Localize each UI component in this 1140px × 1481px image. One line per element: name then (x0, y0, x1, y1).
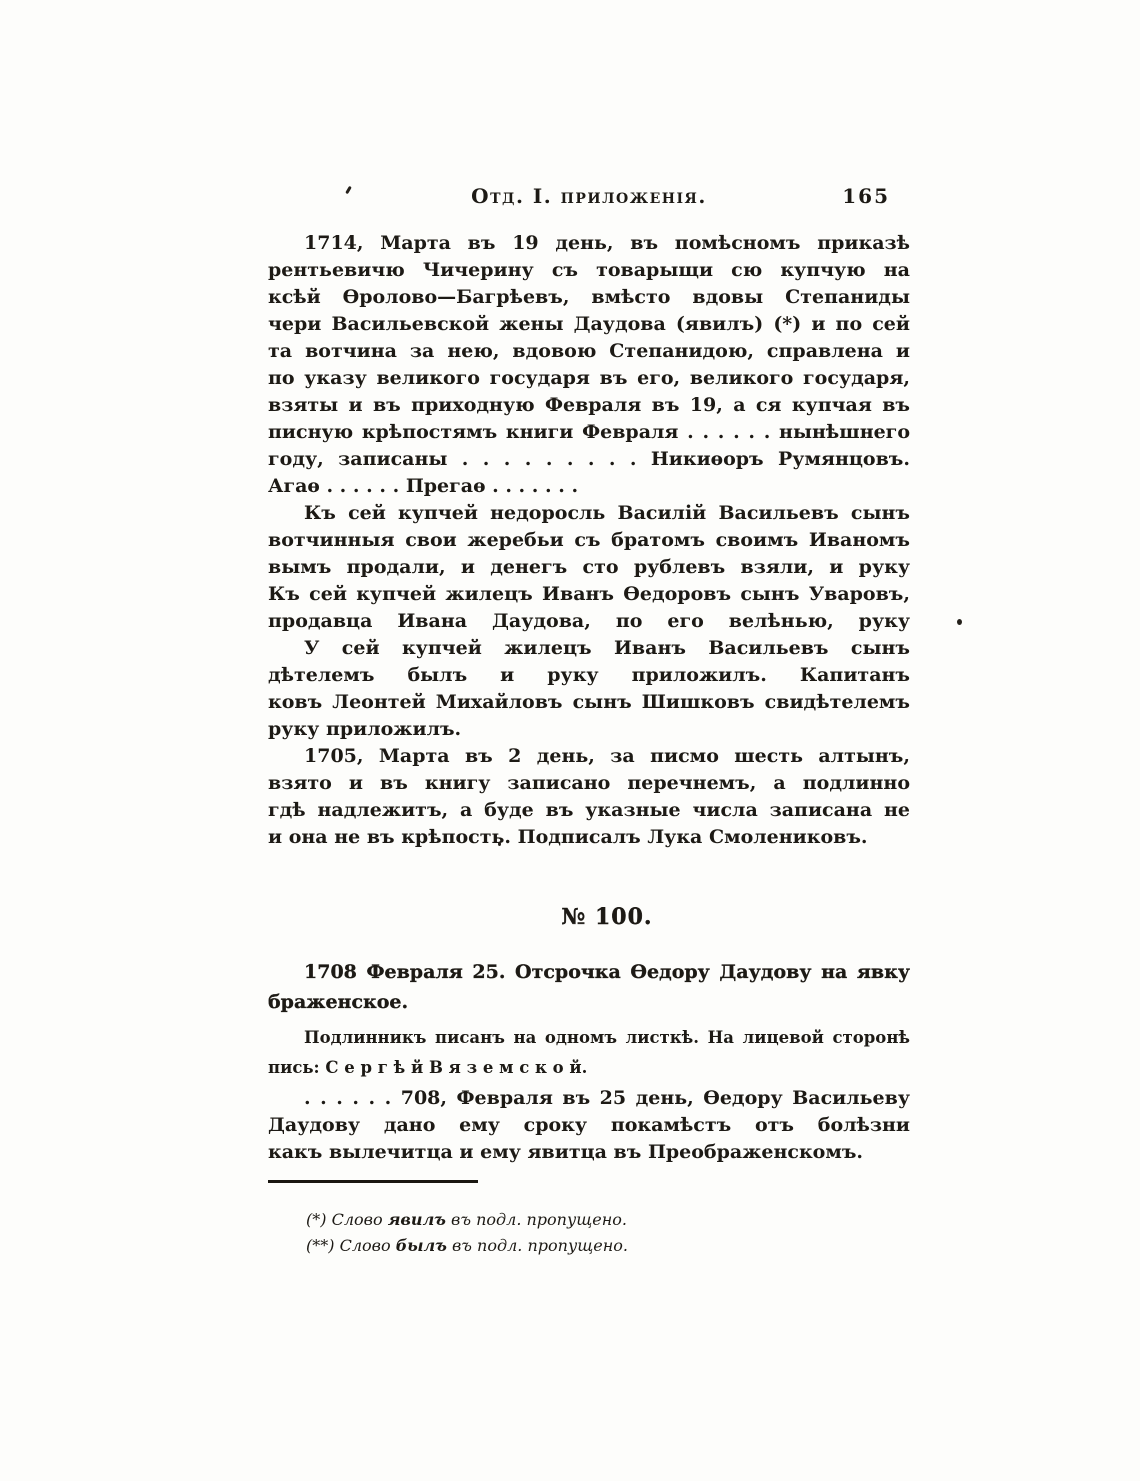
running-title: Отд. I. приложенія. (268, 184, 910, 208)
footnote-keyword: явилъ (388, 1210, 446, 1229)
footnote-2: (**) Слово былъ въ подл. пропущено. (306, 1233, 910, 1259)
text-line: какъ вылечитца и ему явитца въ Преображе… (268, 1139, 910, 1166)
text-line: дѣтелемъ былъ и руку приложилъ. Капитанъ… (268, 662, 910, 689)
footnote-text: Слово (340, 1236, 391, 1255)
entry-number: № 100. (268, 901, 910, 933)
text-line: вымъ продали, и денегъ сто рублевъ взяли… (268, 554, 910, 581)
footnote-text: въ подл. пропущено. (451, 1210, 627, 1229)
text-line: 1708 Февраля 25. Отсрочка Ѳедору Даудову… (268, 957, 910, 987)
text-line: Агаѳ . . . . . . Прегаѳ . . . . . . . (268, 473, 910, 500)
entry-100-note: Подлинникъ писанъ на одномъ листкѣ. На л… (268, 1023, 910, 1083)
footnote-1: (*) Слово явилъ въ подл. пропущено. (306, 1207, 910, 1233)
scan-speck (957, 619, 962, 625)
text-line: по указу великого государя въ его, велик… (268, 365, 910, 392)
page-header: Отд. I. приложенія. 165 (268, 184, 910, 210)
text-line: Подлинникъ писанъ на одномъ листкѣ. На л… (268, 1023, 910, 1053)
text-block: 1714, Марта въ 19 день, въ помѣсномъ при… (268, 230, 910, 1166)
footnote-marker: (**) (306, 1236, 334, 1255)
text-line: рентьевичю Чичерину съ товарыщи сю купчу… (268, 257, 910, 284)
text-line: взято и въ книгу записано перечнемъ, а п… (268, 770, 910, 797)
text-line: руку приложилъ. (268, 716, 910, 743)
text-line: 1714, Марта въ 19 день, въ помѣсномъ при… (268, 230, 910, 257)
text-line: Даудову дано ему сроку покамѣстъ отъ бол… (268, 1112, 910, 1139)
text-line: браженское. (268, 987, 910, 1017)
text-line: № 100. (268, 901, 910, 933)
footnote-text: Слово (332, 1210, 383, 1229)
footnote-separator (268, 1180, 478, 1183)
text-line: году, записаны . . . . . . . . . Никиѳор… (268, 446, 910, 473)
text-line: Къ сей купчей недоросль Василій Васильев… (268, 500, 910, 527)
text-line: вотчинныя свои жеребьи съ братомъ своимъ… (268, 527, 910, 554)
footnotes: (*) Слово явилъ въ подл. пропущено. (**)… (306, 1207, 910, 1259)
text-line: ковъ Леонтей Михайловъ сынъ Шишковъ свид… (268, 689, 910, 716)
footnote-keyword: былъ (396, 1236, 447, 1255)
text-line: 1705, Марта въ 2 день, за писмо шесть ал… (268, 743, 910, 770)
footnote-text: въ подл. пропущено. (452, 1236, 628, 1255)
text-line: та вотчина за нею, вдовою Степанидою, сп… (268, 338, 910, 365)
entry-99-body-1: 1714, Марта въ 19 день, въ помѣсномъ при… (268, 230, 910, 500)
entry-100-body: . . . . . . 708, Февраля въ 25 день, Ѳед… (268, 1085, 910, 1166)
text-line: ксѣй Ѳролово—Багрѣевъ, вмѣсто вдовы Степ… (268, 284, 910, 311)
entry-99-body-4: 1705, Марта въ 2 день, за писмо шесть ал… (268, 743, 910, 851)
scanned-page: Отд. I. приложенія. 165 1714, Марта въ 1… (0, 0, 1140, 1481)
text-line: продавца Ивана Даудова, по его велѣнью, … (268, 608, 910, 635)
text-line: пись: С е р г ѣ й В я з е м с к о й. (268, 1053, 910, 1083)
entry-100-heading: 1708 Февраля 25. Отсрочка Ѳедору Даудову… (268, 957, 910, 1017)
text-line: взяты и въ приходную Февраля въ 19, а ся… (268, 392, 910, 419)
text-line: У сей купчей жилецъ Иванъ Васильевъ сынъ… (268, 635, 910, 662)
footnote-marker: (*) (306, 1210, 326, 1229)
text-line: писную крѣпостямъ книги Февраля . . . . … (268, 419, 910, 446)
entry-99-body-2: Къ сей купчей недоросль Василій Васильев… (268, 500, 910, 635)
text-line: гдѣ надлежитъ, а буде въ указные числа з… (268, 797, 910, 824)
text-line: Къ сей купчей жилецъ Иванъ Ѳедоровъ сынъ… (268, 581, 910, 608)
scan-speck (498, 842, 501, 846)
text-line: . . . . . . 708, Февраля въ 25 день, Ѳед… (268, 1085, 910, 1112)
page-number: 165 (842, 184, 890, 208)
text-line: и она не въ крѣпость. Подписалъ Лука Смо… (268, 824, 910, 851)
text-line: чери Васильевской жены Даудова (явилъ) (… (268, 311, 910, 338)
text-column: Отд. I. приложенія. 165 1714, Марта въ 1… (268, 184, 910, 1259)
entry-99-body-3: У сей купчей жилецъ Иванъ Васильевъ сынъ… (268, 635, 910, 743)
